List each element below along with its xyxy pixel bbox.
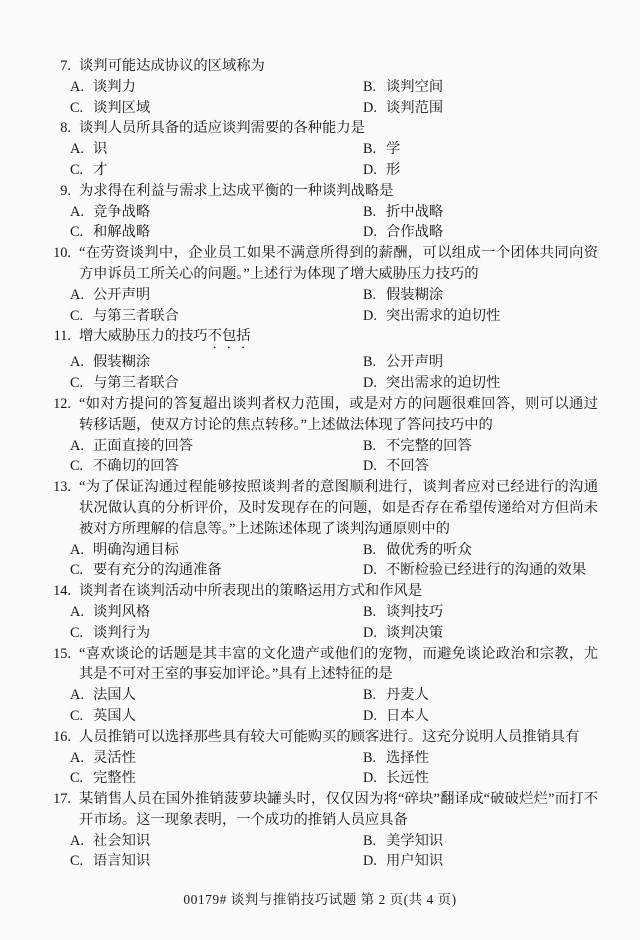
option-text: 社会知识 — [93, 833, 150, 849]
option-label: A. — [70, 602, 93, 623]
question-stem-text: 谈判可能达成协议的区域称为 — [79, 58, 265, 74]
question-stem-text: 增大威胁压力的技巧 — [79, 328, 208, 344]
question-item: 10.“在劳资谈判中，企业员工如果不满意所得到的薪酬，可以组成一个团体共同向资方… — [0, 243, 640, 326]
option-label: C. — [70, 706, 93, 727]
answer-option: B.折中战略 — [363, 202, 640, 223]
option-text: 谈判范围 — [386, 100, 443, 116]
question-number: 9. — [0, 181, 71, 202]
question-item: 13.“为了保证沟通过程能够按照谈判者的意图顺利进行，谈判者应对已经进行的沟通状… — [0, 477, 640, 581]
question-stem-text: 为求得在利益与需求上达成平衡的一种谈判战略是 — [79, 183, 394, 199]
option-label: C. — [70, 851, 93, 872]
option-text: 做优秀的听众 — [386, 542, 472, 558]
option-label: C. — [70, 98, 93, 119]
answer-option: C.不确切的回答 — [70, 456, 363, 477]
option-text: 谈判区域 — [93, 100, 150, 116]
answer-option: B.谈判空间 — [363, 77, 640, 98]
question-options: A.竞争战略B.折中战略C.和解战略D.合作战略 — [0, 202, 640, 244]
option-text: 假装糊涂 — [93, 354, 150, 370]
question-item: 11.增大威胁压力的技巧不包括A.假装糊涂B.公开声明C.与第三者联合D.突出需… — [0, 326, 640, 394]
answer-option: B.选择性 — [363, 748, 640, 769]
question-options: A.正面直接的回答B.不完整的回答C.不确切的回答D.不回答 — [0, 436, 640, 478]
option-label: C. — [70, 222, 93, 243]
question-stem: “为了保证沟通过程能够按照谈判者的意图顺利进行，谈判者应对已经进行的沟通状况做认… — [71, 477, 598, 539]
question-stem: 谈判者在谈判活动中所表现出的策略运用方式和作风是 — [71, 581, 598, 602]
option-label: D. — [363, 373, 386, 394]
option-label: B. — [363, 77, 386, 98]
option-text: 要有充分的沟通准备 — [93, 562, 222, 578]
question-options: A.谈判风格B.谈判技巧C.谈判行为D.谈判决策 — [0, 602, 640, 644]
question-stem-row: 10.“在劳资谈判中，企业员工如果不满意所得到的薪酬，可以组成一个团体共同向资方… — [0, 243, 640, 285]
option-label: C. — [70, 456, 93, 477]
answer-option: B.美学知识 — [363, 831, 640, 852]
option-text: 不确切的回答 — [93, 458, 179, 474]
option-text: 美学知识 — [386, 833, 443, 849]
option-text: 公开声明 — [386, 354, 443, 370]
option-label: B. — [363, 139, 386, 160]
answer-option: B.不完整的回答 — [363, 436, 640, 457]
option-label: D. — [363, 851, 386, 872]
question-stem-text: 谈判人员所具备的适应谈判需要的各种能力是 — [79, 120, 365, 136]
answer-option: C.英国人 — [70, 706, 363, 727]
question-options: A.法国人B.丹麦人C.英国人D.日本人 — [0, 685, 640, 727]
option-text: 长远性 — [386, 770, 429, 786]
option-label: B. — [363, 540, 386, 561]
option-label: B. — [363, 352, 386, 373]
answer-option: D.合作战略 — [363, 222, 640, 243]
option-label: A. — [70, 540, 93, 561]
option-label: B. — [363, 436, 386, 457]
option-text: 形 — [386, 162, 400, 178]
question-stem-row: 16.人员推销可以选择那些具有较大可能购买的顾客进行。这充分说明人员推销具有 — [0, 727, 640, 748]
question-stem-text: “喜欢谈论的话题是其丰富的文化遗产或他们的宠物，而避免谈论政治和宗教，尤其是不可… — [79, 646, 598, 683]
question-stem-emphasis: 不包括 — [208, 328, 251, 344]
answer-option: C.和解战略 — [70, 222, 363, 243]
option-label: A. — [70, 831, 93, 852]
question-stem: 谈判可能达成协议的区域称为 — [71, 56, 598, 77]
question-number: 14. — [0, 581, 71, 602]
question-number: 11. — [0, 326, 71, 347]
question-item: 16.人员推销可以选择那些具有较大可能购买的顾客进行。这充分说明人员推销具有A.… — [0, 727, 640, 789]
question-stem: 某销售人员在国外推销菠萝块罐头时，仅仅因为将“碎块”翻译成“破破烂烂”而打不开市… — [71, 789, 598, 831]
question-stem-text: “为了保证沟通过程能够按照谈判者的意图顺利进行，谈判者应对已经进行的沟通状况做认… — [79, 479, 598, 537]
option-label: A. — [70, 285, 93, 306]
option-text: 选择性 — [386, 750, 429, 766]
question-options: A.假装糊涂B.公开声明C.与第三者联合D.突出需求的迫切性 — [0, 352, 640, 394]
question-stem-text: “在劳资谈判中，企业员工如果不满意所得到的薪酬，可以组成一个团体共同向资方申诉员… — [79, 245, 598, 282]
answer-option: C.与第三者联合 — [70, 306, 363, 327]
answer-option: B.做优秀的听众 — [363, 540, 640, 561]
option-label: D. — [363, 768, 386, 789]
page-footer: 00179# 谈判与推销技巧试题 第 2 页(共 4 页) — [0, 888, 640, 908]
option-text: 学 — [386, 141, 400, 157]
answer-option: C.与第三者联合 — [70, 373, 363, 394]
answer-option: C.完整性 — [70, 768, 363, 789]
option-text: 灵活性 — [93, 750, 136, 766]
question-stem-row: 11.增大威胁压力的技巧不包括 — [0, 326, 640, 352]
answer-option: A.明确沟通目标 — [70, 540, 363, 561]
option-label: C. — [70, 768, 93, 789]
question-stem: 谈判人员所具备的适应谈判需要的各种能力是 — [71, 118, 598, 139]
option-text: 与第三者联合 — [93, 308, 179, 324]
answer-option: C.要有充分的沟通准备 — [70, 560, 363, 581]
answer-option: A.谈判风格 — [70, 602, 363, 623]
option-label: B. — [363, 748, 386, 769]
option-text: 和解战略 — [93, 224, 150, 240]
answer-option: C.谈判区域 — [70, 98, 363, 119]
option-text: 突出需求的迫切性 — [386, 308, 500, 324]
option-label: D. — [363, 623, 386, 644]
answer-option: A.灵活性 — [70, 748, 363, 769]
question-stem: 人员推销可以选择那些具有较大可能购买的顾客进行。这充分说明人员推销具有 — [71, 727, 598, 748]
question-options: A.灵活性B.选择性C.完整性D.长远性 — [0, 748, 640, 790]
option-text: 谈判力 — [93, 79, 136, 95]
question-number: 17. — [0, 789, 71, 810]
question-stem: “在劳资谈判中，企业员工如果不满意所得到的薪酬，可以组成一个团体共同向资方申诉员… — [71, 243, 598, 285]
answer-option: A.正面直接的回答 — [70, 436, 363, 457]
answer-option: A.谈判力 — [70, 77, 363, 98]
option-label: D. — [363, 456, 386, 477]
option-text: 折中战略 — [386, 204, 443, 220]
option-text: 谈判风格 — [93, 604, 150, 620]
question-stem-text: “如对方提问的答复超出谈判者权力范围，或是对方的问题很难回答，则可以通过转移话题… — [79, 396, 598, 433]
option-label: D. — [363, 160, 386, 181]
option-text: 用户知识 — [386, 853, 443, 869]
question-options: A.社会知识B.美学知识C.语言知识D.用户知识 — [0, 831, 640, 873]
option-text: 合作战略 — [386, 224, 443, 240]
answer-option: D.形 — [363, 160, 640, 181]
option-text: 完整性 — [93, 770, 136, 786]
option-text: 明确沟通目标 — [93, 542, 179, 558]
question-stem-text: 某销售人员在国外推销菠萝块罐头时，仅仅因为将“碎块”翻译成“破破烂烂”而打不开市… — [79, 791, 598, 828]
answer-option: A.社会知识 — [70, 831, 363, 852]
option-text: 丹麦人 — [386, 687, 429, 703]
question-stem-row: 15.“喜欢谈论的话题是其丰富的文化遗产或他们的宠物，而避免谈论政治和宗教，尤其… — [0, 644, 640, 686]
option-text: 日本人 — [386, 708, 429, 724]
question-options: A.公开声明B.假装糊涂C.与第三者联合D.突出需求的迫切性 — [0, 285, 640, 327]
question-stem-text: 谈判者在谈判活动中所表现出的策略运用方式和作风是 — [79, 583, 422, 599]
answer-option: B.谈判技巧 — [363, 602, 640, 623]
answer-option: A.公开声明 — [70, 285, 363, 306]
option-text: 谈判行为 — [93, 625, 150, 641]
question-stem-row: 17.某销售人员在国外推销菠萝块罐头时，仅仅因为将“碎块”翻译成“破破烂烂”而打… — [0, 789, 640, 831]
question-stem: “喜欢谈论的话题是其丰富的文化遗产或他们的宠物，而避免谈论政治和宗教，尤其是不可… — [71, 644, 598, 686]
question-number: 10. — [0, 243, 71, 264]
question-item: 8.谈判人员所具备的适应谈判需要的各种能力是A.识B.学C.才D.形 — [0, 118, 640, 180]
option-text: 谈判决策 — [386, 625, 443, 641]
option-label: A. — [70, 352, 93, 373]
question-stem-row: 14.谈判者在谈判活动中所表现出的策略运用方式和作风是 — [0, 581, 640, 602]
question-options: A.谈判力B.谈判空间C.谈判区域D.谈判范围 — [0, 77, 640, 119]
question-stem-row: 13.“为了保证沟通过程能够按照谈判者的意图顺利进行，谈判者应对已经进行的沟通状… — [0, 477, 640, 539]
answer-option: C.语言知识 — [70, 851, 363, 872]
answer-option: D.不断检验已经进行的沟通的效果 — [363, 560, 640, 581]
option-text: 语言知识 — [93, 853, 150, 869]
option-label: D. — [363, 306, 386, 327]
option-label: B. — [363, 685, 386, 706]
option-text: 竞争战略 — [93, 204, 150, 220]
option-text: 法国人 — [93, 687, 136, 703]
option-text: 不回答 — [386, 458, 429, 474]
question-list: 7.谈判可能达成协议的区域称为A.谈判力B.谈判空间C.谈判区域D.谈判范围8.… — [0, 56, 640, 872]
answer-option: B.公开声明 — [363, 352, 640, 373]
answer-option: C.才 — [70, 160, 363, 181]
option-text: 识 — [93, 141, 107, 157]
question-number: 7. — [0, 56, 71, 77]
question-stem-text: 人员推销可以选择那些具有较大可能购买的顾客进行。这充分说明人员推销具有 — [79, 729, 579, 745]
option-label: C. — [70, 373, 93, 394]
option-text: 假装糊涂 — [386, 287, 443, 303]
answer-option: A.假装糊涂 — [70, 352, 363, 373]
option-label: A. — [70, 202, 93, 223]
answer-option: B.假装糊涂 — [363, 285, 640, 306]
question-number: 13. — [0, 477, 71, 498]
answer-option: B.学 — [363, 139, 640, 160]
option-label: A. — [70, 685, 93, 706]
answer-option: D.突出需求的迫切性 — [363, 306, 640, 327]
answer-option: A.法国人 — [70, 685, 363, 706]
option-label: A. — [70, 77, 93, 98]
question-options: A.明确沟通目标B.做优秀的听众C.要有充分的沟通准备D.不断检验已经进行的沟通… — [0, 540, 640, 582]
option-label: B. — [363, 602, 386, 623]
option-text: 英国人 — [93, 708, 136, 724]
question-stem: “如对方提问的答复超出谈判者权力范围，或是对方的问题很难回答，则可以通过转移话题… — [71, 394, 598, 436]
option-label: B. — [363, 831, 386, 852]
option-label: A. — [70, 436, 93, 457]
question-item: 7.谈判可能达成协议的区域称为A.谈判力B.谈判空间C.谈判区域D.谈判范围 — [0, 56, 640, 118]
question-item: 9.为求得在利益与需求上达成平衡的一种谈判战略是A.竞争战略B.折中战略C.和解… — [0, 181, 640, 243]
option-text: 与第三者联合 — [93, 375, 179, 391]
answer-option: D.不回答 — [363, 456, 640, 477]
question-number: 12. — [0, 394, 71, 415]
option-label: C. — [70, 306, 93, 327]
option-text: 不断检验已经进行的沟通的效果 — [386, 562, 586, 578]
option-text: 公开声明 — [93, 287, 150, 303]
answer-option: D.谈判决策 — [363, 623, 640, 644]
option-text: 谈判空间 — [386, 79, 443, 95]
answer-option: A.识 — [70, 139, 363, 160]
answer-option: B.丹麦人 — [363, 685, 640, 706]
answer-option: C.谈判行为 — [70, 623, 363, 644]
option-label: A. — [70, 748, 93, 769]
option-label: C. — [70, 623, 93, 644]
option-label: D. — [363, 98, 386, 119]
option-label: C. — [70, 560, 93, 581]
question-number: 8. — [0, 118, 71, 139]
question-stem-row: 7.谈判可能达成协议的区域称为 — [0, 56, 640, 77]
question-stem-row: 9.为求得在利益与需求上达成平衡的一种谈判战略是 — [0, 181, 640, 202]
answer-option: A.竞争战略 — [70, 202, 363, 223]
answer-option: D.谈判范围 — [363, 98, 640, 119]
question-number: 15. — [0, 644, 71, 665]
answer-option: D.用户知识 — [363, 851, 640, 872]
option-text: 不完整的回答 — [386, 438, 472, 454]
question-item: 17.某销售人员在国外推销菠萝块罐头时，仅仅因为将“碎块”翻译成“破破烂烂”而打… — [0, 789, 640, 872]
option-text: 谈判技巧 — [386, 604, 443, 620]
answer-option: D.长远性 — [363, 768, 640, 789]
option-label: C. — [70, 160, 93, 181]
option-text: 才 — [93, 162, 107, 178]
option-label: D. — [363, 222, 386, 243]
answer-option: D.日本人 — [363, 706, 640, 727]
option-label: A. — [70, 139, 93, 160]
option-label: B. — [363, 285, 386, 306]
question-stem: 增大威胁压力的技巧不包括 — [71, 326, 598, 352]
exam-page: 7.谈判可能达成协议的区域称为A.谈判力B.谈判空间C.谈判区域D.谈判范围8.… — [0, 0, 640, 940]
question-item: 14.谈判者在谈判活动中所表现出的策略运用方式和作风是A.谈判风格B.谈判技巧C… — [0, 581, 640, 643]
question-item: 15.“喜欢谈论的话题是其丰富的文化遗产或他们的宠物，而避免谈论政治和宗教，尤其… — [0, 644, 640, 727]
question-item: 12.“如对方提问的答复超出谈判者权力范围，或是对方的问题很难回答，则可以通过转… — [0, 394, 640, 477]
answer-option: D.突出需求的迫切性 — [363, 373, 640, 394]
question-stem-row: 12.“如对方提问的答复超出谈判者权力范围，或是对方的问题很难回答，则可以通过转… — [0, 394, 640, 436]
option-label: D. — [363, 560, 386, 581]
option-label: B. — [363, 202, 386, 223]
option-label: D. — [363, 706, 386, 727]
option-text: 突出需求的迫切性 — [386, 375, 500, 391]
question-options: A.识B.学C.才D.形 — [0, 139, 640, 181]
option-text: 正面直接的回答 — [93, 438, 193, 454]
question-stem-row: 8.谈判人员所具备的适应谈判需要的各种能力是 — [0, 118, 640, 139]
question-stem: 为求得在利益与需求上达成平衡的一种谈判战略是 — [71, 181, 598, 202]
question-number: 16. — [0, 727, 71, 748]
